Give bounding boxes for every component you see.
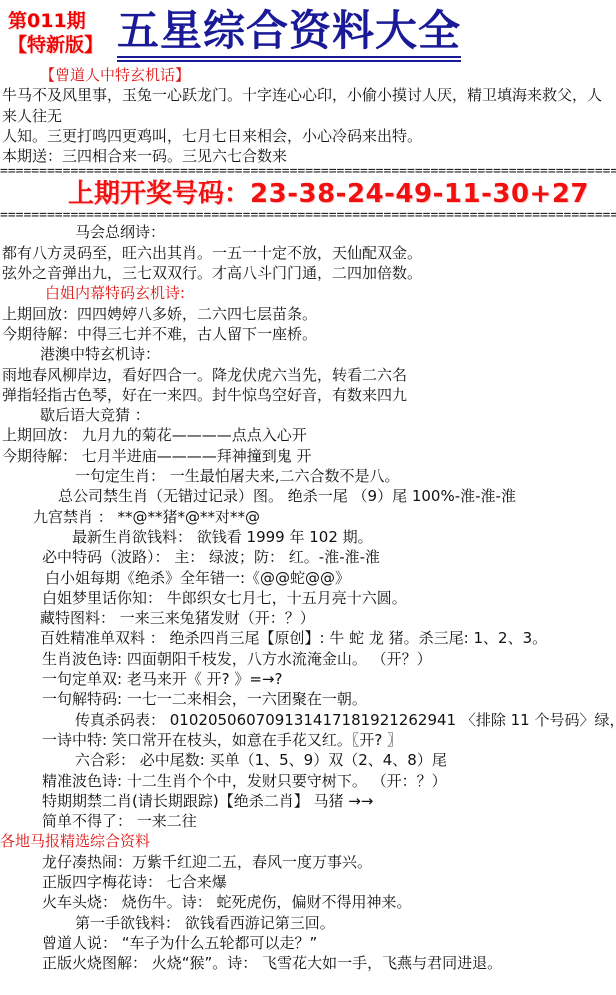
text-line: 曾道人说： “车子为什么五轮都可以走？” [0, 933, 616, 953]
last-draw-result: 上期开奖号码：23-38-24-49-11-30+27 [0, 178, 616, 210]
text-line: 歇后语大竞猜 ： [0, 405, 616, 425]
text-line: 必中特码（波路）： 主： 绿波；防： 红。-淮-淮-淮 [0, 547, 616, 567]
divider-line: ========================================… [0, 166, 616, 178]
last-draw-label: 上期开奖号码： [68, 179, 250, 209]
text-line: 港澳中特玄机诗： [0, 344, 616, 364]
text-line: 一句解特码: 一七一二来相会，一六团聚在一朝。 [0, 689, 616, 709]
text-line: 来人往无 [0, 106, 616, 126]
text-line: 上期回放： 九月九的菊花————点点入心开 [0, 425, 616, 445]
text-line: 第一手欲钱料： 欲钱看西游记第三回。 [0, 913, 616, 933]
text-line: 火车头烧： 烧伤牛。诗： 蛇死虎伤，偏财不得用神来。 [0, 892, 616, 912]
content-lines: 【曾道人中特玄机话】牛马不及风里事，玉兔一心跃龙门。十字连心心印，小偷小摸讨人厌… [0, 65, 616, 973]
text-line: 今期待解： 七月半进庙————拜神撞到鬼 开 [0, 446, 616, 466]
text-line: 今期待解：中得三七并不难，古人留下一座桥。 [0, 324, 616, 344]
text-line: 马会总纲诗： [0, 222, 616, 242]
text-line: 雨地春风柳岸边，看好四合一。降龙伏虎六当先，转看二六名 [0, 365, 616, 385]
text-line: 九宫禁肖 ： **@**猪*@**对**@ [0, 507, 616, 527]
divider-line: ========================================… [0, 210, 616, 222]
text-line: 都有八方灵码至，旺六出其肖。一五一十定不放，天仙配双金。 [0, 243, 616, 263]
text-line: 简单不得了： 一来二往 [0, 811, 616, 831]
page-header: 第011期 【特新版】 五星综合资料大全 [0, 5, 616, 63]
section-heading-line: 白姐内幕特码玄机诗: [0, 283, 616, 303]
text-line: 一诗中特: 笑口常开在枝头，如意在手花又红。〖开? 〗 [0, 730, 616, 750]
text-line: 最新生肖欲钱料： 欲钱看 1999 年 102 期。 [0, 527, 616, 547]
issue-period-box: 第011期 【特新版】 [0, 5, 103, 57]
text-line: 一句定生肖： 一生最怕屠夫来,二六合数不是八。 [0, 466, 616, 486]
text-line: 特期期禁二肖(请长期跟踪)【绝杀二肖】 马猪 →→ [0, 791, 616, 811]
text-line: 弹指轻指古色琴，好在一来四。封牛惊鸟空好音，有数来四九 [0, 385, 616, 405]
section-heading-line: 各地马报精选综合资料 [0, 831, 616, 851]
text-line: 弦外之音弹出九，三七双双行。才高八斗门门通，二四加倍数。 [0, 263, 616, 283]
text-line: 正版四字梅花诗： 七合来爆 [0, 872, 616, 892]
text-line: 白姐梦里话你知： 牛郎织女七月七，十五月亮十六圆。 [0, 588, 616, 608]
section-heading-line: 【曾道人中特玄机话】 [0, 65, 616, 85]
text-line: 藏特图料： 一来三来兔猪发财（开：？） [0, 608, 616, 628]
text-line: 总公司禁生肖（无错过记录）图。 绝杀一尾 （9）尾 100%-淮-淮-淮 [0, 486, 616, 506]
edition-label: 【特新版】 [8, 33, 103, 57]
text-line: 本期送：三四相合来一码。三见六七合数来 [0, 146, 616, 166]
text-line: 精准波色诗: 十二生肖个个中，发财只要守树下。 （开：？） [0, 771, 616, 791]
text-line: 人知。三更打鸣四更鸡叫，七月七日来相会，小心冷码来出特。 [0, 126, 616, 146]
issue-period: 第011期 [8, 9, 103, 33]
lottery-info-sheet: 第011期 【特新版】 五星综合资料大全 【曾道人中特玄机话】牛马不及风里事，玉… [0, 0, 616, 995]
last-draw-numbers: 23-38-24-49-11-30+27 [250, 179, 589, 209]
text-line: 六合彩： 必中尾数: 买单（1、5、9）双（2、4、8）尾 [0, 750, 616, 770]
text-line: 生肖波色诗: 四面朝阳千枝发，八方水流淹金山。 （开？） [0, 649, 616, 669]
text-line: 龙仔凑热闹：万紫千红迎二五，春风一度万事兴。 [0, 852, 616, 872]
text-line: 传真杀码表： 010205060709131417181921262941 〈排… [0, 710, 616, 730]
text-line: 百姓精准单双料 ： 绝杀四肖三尾【原创】: 牛 蛇 龙 猪。杀三尾: 1、2、3… [0, 628, 616, 648]
text-line: 白小姐每期《绝杀》全年错一:《@@蛇@@》 [0, 568, 616, 588]
page-title: 五星综合资料大全 [117, 7, 461, 62]
text-line: 牛马不及风里事，玉兔一心跃龙门。十字连心心印，小偷小摸讨人厌，精卫填海来救父，人 [0, 85, 616, 105]
text-line: 一句定单双: 老马来开《 开? 》=→? [0, 669, 616, 689]
text-line: 上期回放：四四娉婷八多娇，二六四七层苗条。 [0, 304, 616, 324]
text-line: 正版火烧图解： 火烧“猴”。诗： 飞雪花大如一手，飞燕与君同进退。 [0, 953, 616, 973]
